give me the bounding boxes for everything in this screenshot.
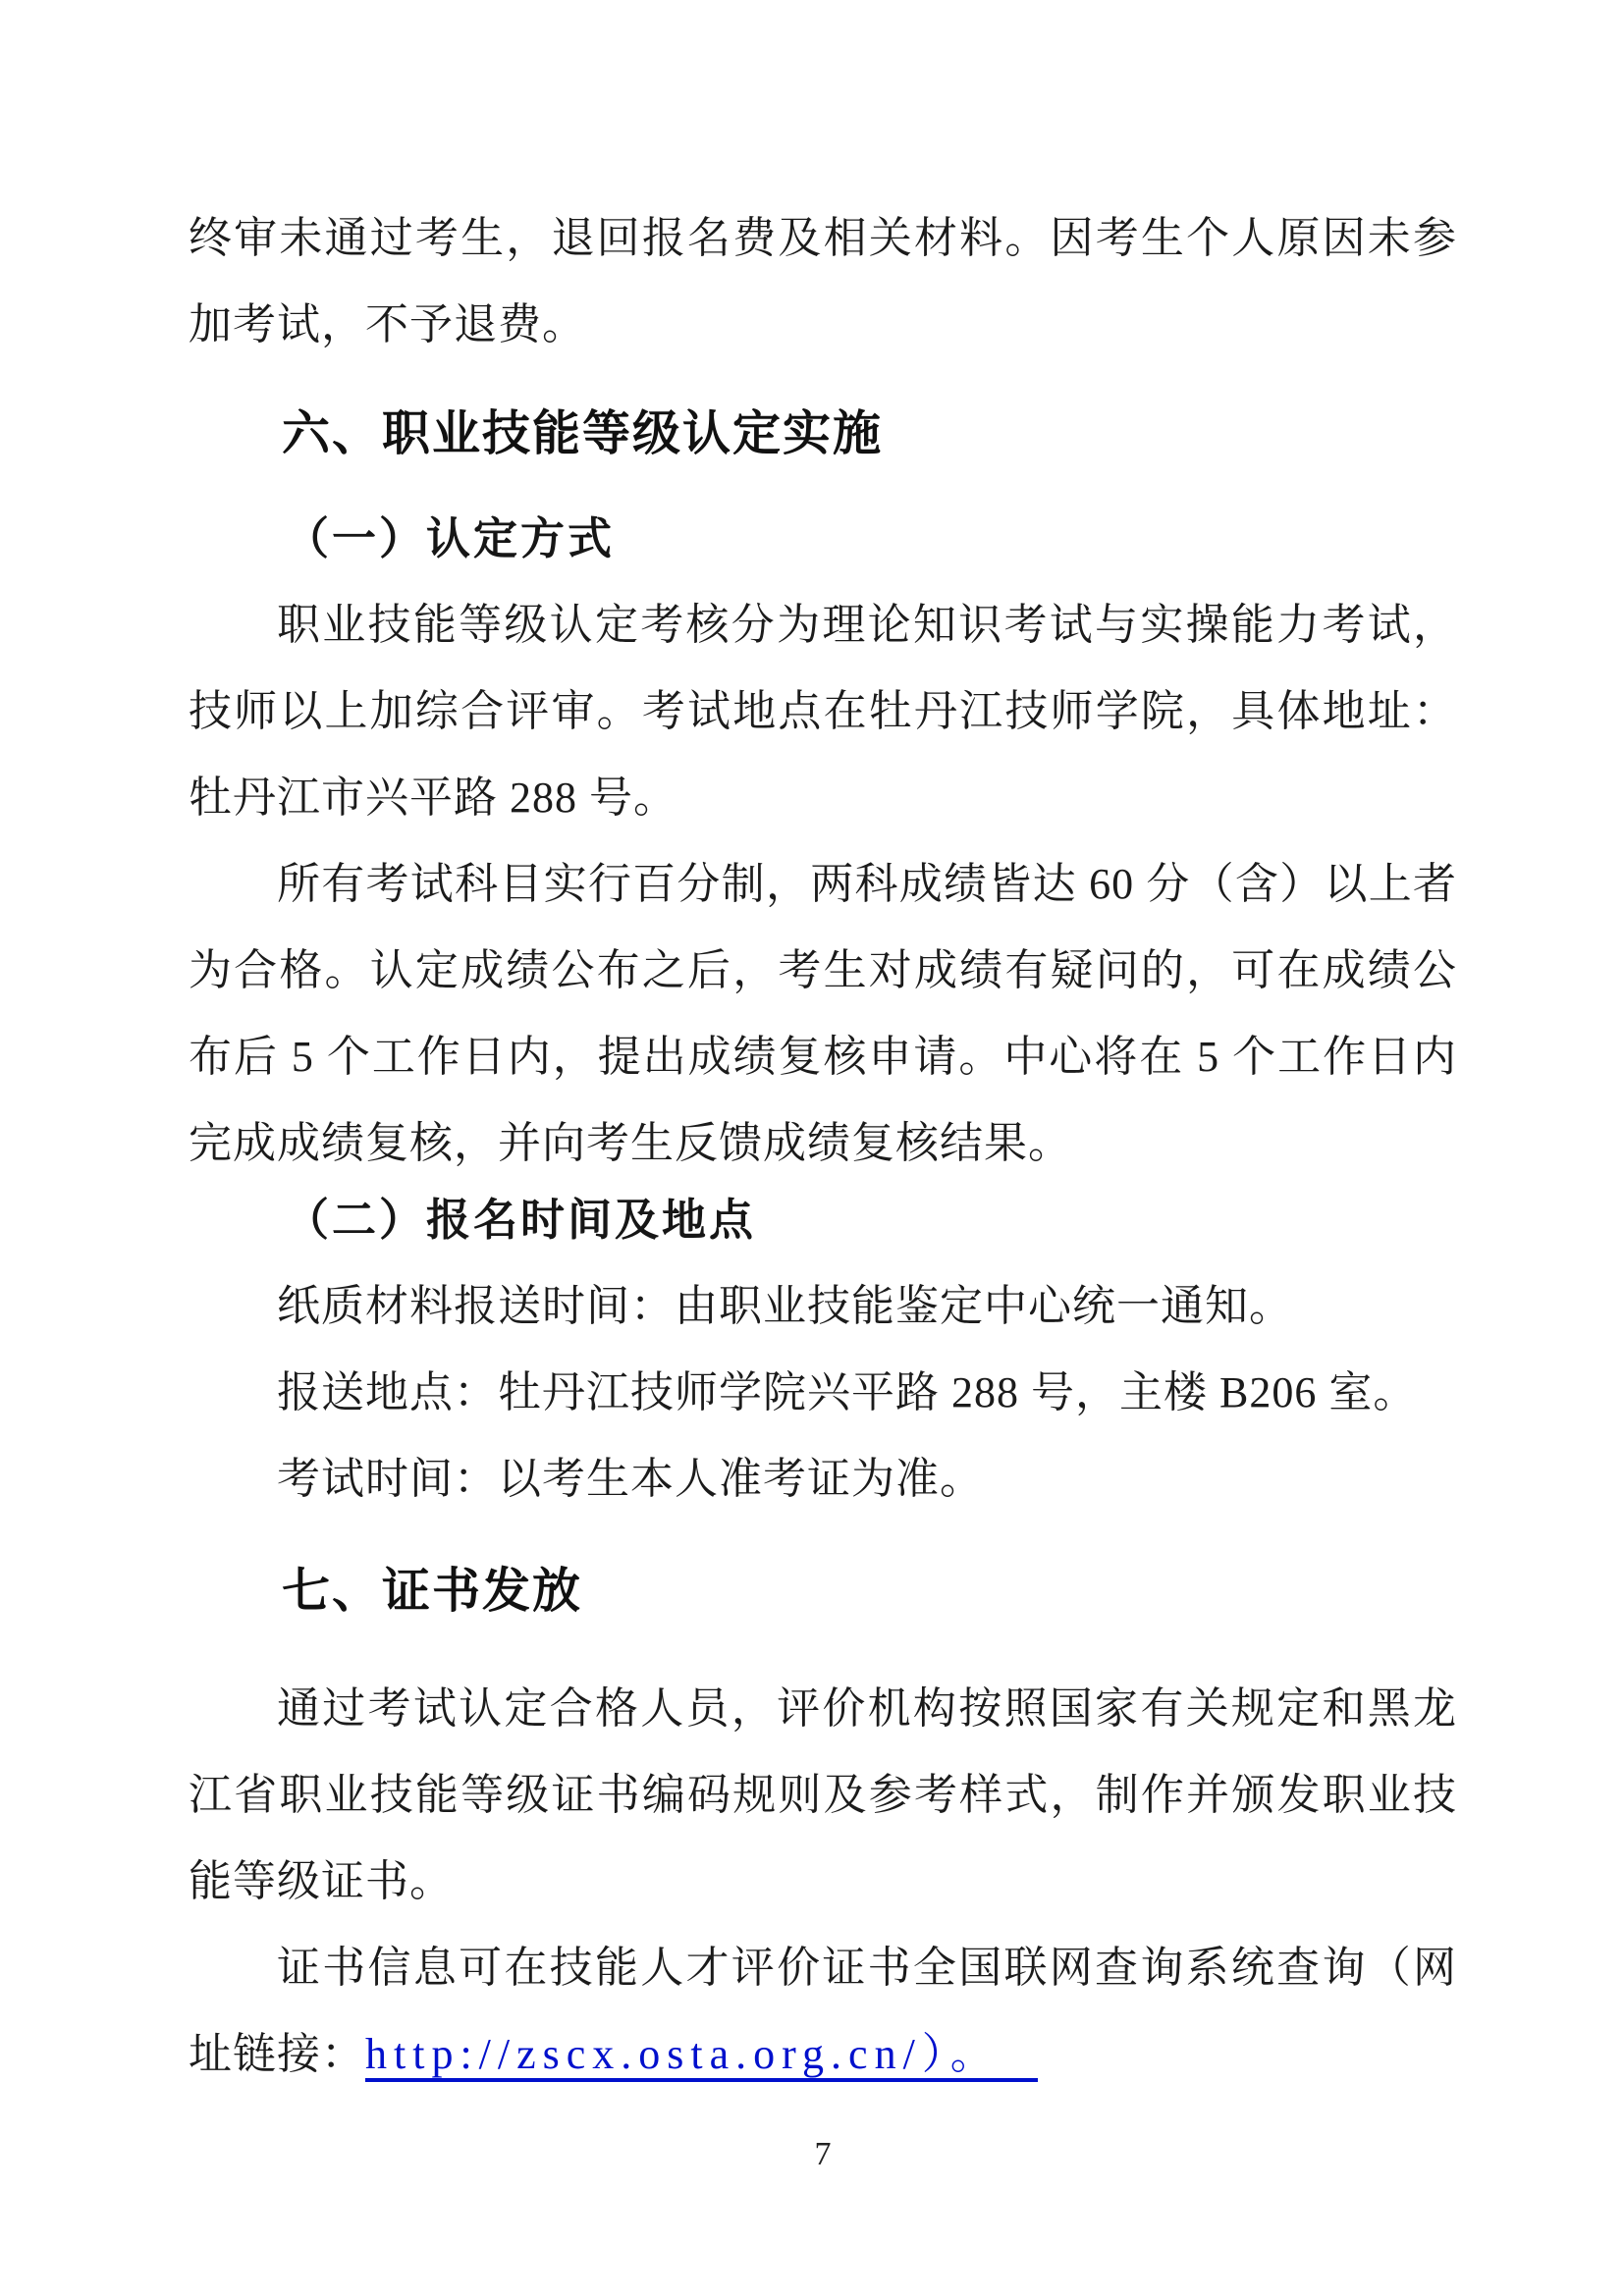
document-page: 终审未通过考生，退回报名费及相关材料。因考生个人原因未参加考试，不予退费。 六、… xyxy=(0,0,1624,2296)
paragraph-scoring-rules: 所有考试科目实行百分制，两科成绩皆达 60 分（含）以上者为合格。认定成绩公布之… xyxy=(189,841,1457,1187)
heading-section-seven: 七、证书发放 xyxy=(189,1548,1457,1634)
paragraph-certificate-issuance: 通过考试认定合格人员，评价机构按照国家有关规定和黑龙江省职业技能等级证书编码规则… xyxy=(189,1666,1457,1925)
paragraph-refund-policy: 终审未通过考生，退回报名费及相关材料。因考生个人原因未参加考试，不予退费。 xyxy=(189,195,1457,368)
paragraph-certificate-query: 证书信息可在技能人才评价证书全国联网查询系统查询（网址链接：http://zsc… xyxy=(189,1925,1457,2098)
paragraph-material-submit-time: 纸质材料报送时间：由职业技能鉴定中心统一通知。 xyxy=(189,1263,1457,1350)
paragraph-assessment-method: 职业技能等级认定考核分为理论知识考试与实操能力考试，技师以上加综合评审。考试地点… xyxy=(189,582,1457,841)
heading-subsection-two-registration: （二）报名时间及地点 xyxy=(189,1177,1457,1263)
heading-subsection-one-method: （一）认定方式 xyxy=(189,496,1457,582)
certificate-query-link[interactable]: http://zscx.osta.org.cn/）。 xyxy=(365,2030,1038,2082)
page-number: 7 xyxy=(189,2133,1457,2176)
heading-section-six: 六、职业技能等级认定实施 xyxy=(189,391,1457,477)
paragraph-submit-location: 报送地点：牡丹江技师学院兴平路 288 号，主楼 B206 室。 xyxy=(189,1350,1457,1436)
paragraph-exam-time: 考试时间：以考生本人准考证为准。 xyxy=(189,1436,1457,1522)
